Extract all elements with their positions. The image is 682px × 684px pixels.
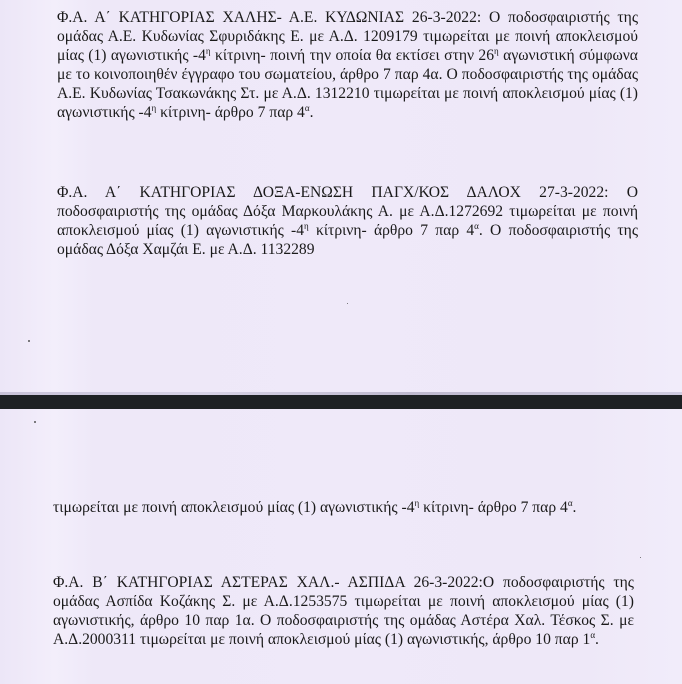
ruling-text: . [573, 499, 577, 516]
ruling-paragraph-continuation: τιμωρείται με ποινή αποκλεισμού μίας (1)… [53, 498, 634, 517]
ruling-heading: Φ.Α. Α΄ ΚΑΤΗΓΟΡΙΑΣ ΔΟΞΑ-ΕΝΩΣΗ ΠΑΓΧ/ΚΟΣ Δ… [57, 184, 608, 201]
ruling-text: . [310, 104, 314, 121]
ruling-text: κίτρινη- άρθρο 7 παρ 4 [419, 499, 568, 516]
ruling-text: κίτρινη- άρθρο 7 παρ 4 [156, 104, 305, 121]
ruling-paragraph-doxa-enosi: Φ.Α. Α΄ ΚΑΤΗΓΟΡΙΑΣ ΔΟΞΑ-ΕΝΩΣΗ ΠΑΓΧ/ΚΟΣ Δ… [57, 183, 638, 259]
ruling-paragraph-xalis-kydonias: Φ.Α. Α΄ ΚΑΤΗΓΟΡΙΑΣ ΧΑΛΗΣ- Α.Ε. ΚΥΔΩΝΙΑΣ … [57, 8, 638, 122]
ruling-heading: Φ.Α. Α΄ ΚΑΤΗΓΟΡΙΑΣ ΧΑΛΗΣ- Α.Ε. ΚΥΔΩΝΙΑΣ … [57, 9, 481, 26]
ruling-heading: Φ.Α. Β΄ ΚΑΤΗΓΟΡΙΑΣ ΑΣΤΕΡΑΣ ΧΑΛ.- ΑΣΠΙΔΑ … [53, 574, 483, 591]
ruling-text: . [595, 631, 599, 648]
ruling-paragraph-asteras-aspida: Φ.Α. Β΄ ΚΑΤΗΓΟΡΙΑΣ ΑΣΤΕΡΑΣ ΧΑΛ.- ΑΣΠΙΔΑ … [53, 573, 634, 649]
scan-speck [34, 421, 36, 423]
ruling-text: κίτρινη- άρθρο 7 παρ 4 [309, 222, 474, 239]
page-separator [0, 395, 682, 409]
scan-speck [28, 340, 30, 342]
scan-speck [347, 303, 348, 304]
ruling-text: κίτρινη- ποινή την οποία θα εκτίσει στην… [211, 47, 494, 64]
ruling-text: τιμωρείται με ποινή αποκλεισμού μίας (1)… [53, 499, 415, 516]
scan-speck [640, 557, 641, 558]
